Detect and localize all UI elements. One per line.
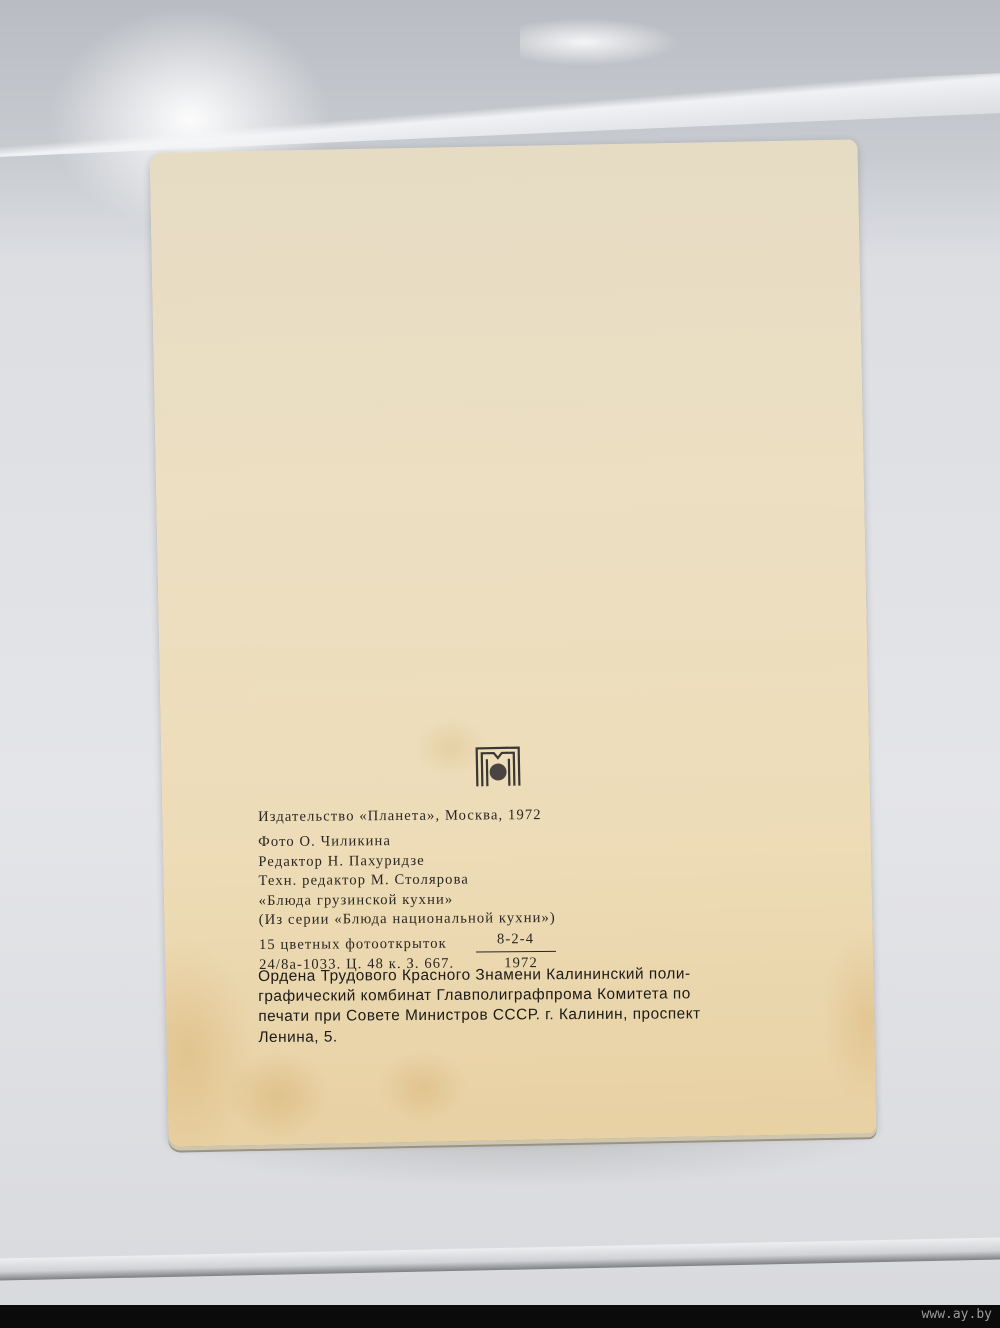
surface-rim	[0, 1238, 1000, 1281]
postcard-count: 15 цветных фотооткрыток	[259, 936, 447, 953]
site-watermark: www.ay.by	[922, 1307, 992, 1322]
planeta-publisher-logo-icon	[475, 745, 522, 788]
surface-reflection	[520, 18, 680, 66]
catalog-index: 8-2-4	[476, 934, 556, 952]
printer-info: Ордена Трудового Красного Знамени Калини…	[258, 963, 838, 1047]
imprint-block: Издательство «Планета», Москва, 1972 Фот…	[258, 804, 819, 975]
printer-line: Ленина, 5.	[258, 1024, 838, 1048]
index-numerator: 8-2-4	[475, 930, 555, 952]
